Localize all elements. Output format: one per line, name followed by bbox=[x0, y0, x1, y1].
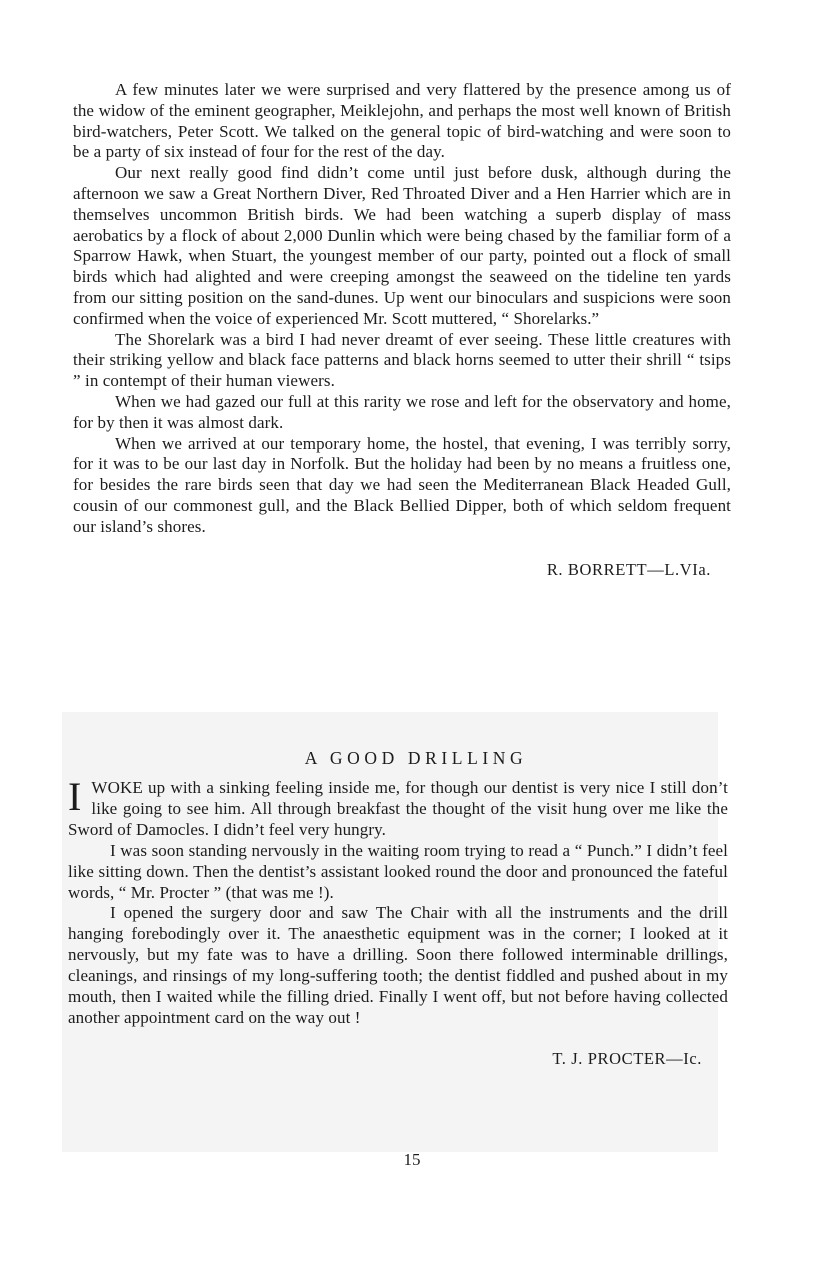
drop-cap: I bbox=[68, 782, 81, 816]
paragraph: When we had gazed our full at this rarit… bbox=[73, 392, 731, 434]
paragraph: I was soon standing nervously in the wai… bbox=[68, 841, 728, 904]
page-number: 15 bbox=[0, 1150, 824, 1170]
document-page: A few minutes later we were surprised an… bbox=[0, 0, 824, 1275]
article-title: A GOOD DRILLING bbox=[0, 748, 824, 769]
paragraph: Our next really good find didn’t come un… bbox=[73, 163, 731, 329]
lead-paragraph-text: WOKE up with a sinking feeling inside me… bbox=[68, 778, 728, 839]
paragraph: I opened the surgery door and saw The Ch… bbox=[68, 903, 728, 1028]
paragraph: When we arrived at our temporary home, t… bbox=[73, 434, 731, 538]
author-signature: T. J. PROCTER—Ic. bbox=[68, 1049, 728, 1069]
paragraph: The Shorelark was a bird I had never dre… bbox=[73, 330, 731, 392]
article-bird-watching: A few minutes later we were surprised an… bbox=[73, 80, 731, 580]
lead-paragraph: IWOKE up with a sinking feeling inside m… bbox=[68, 778, 728, 841]
article-a-good-drilling: IWOKE up with a sinking feeling inside m… bbox=[68, 778, 728, 1069]
paragraph: A few minutes later we were surprised an… bbox=[73, 80, 731, 163]
author-signature: R. BORRETT—L.VIa. bbox=[73, 560, 731, 580]
